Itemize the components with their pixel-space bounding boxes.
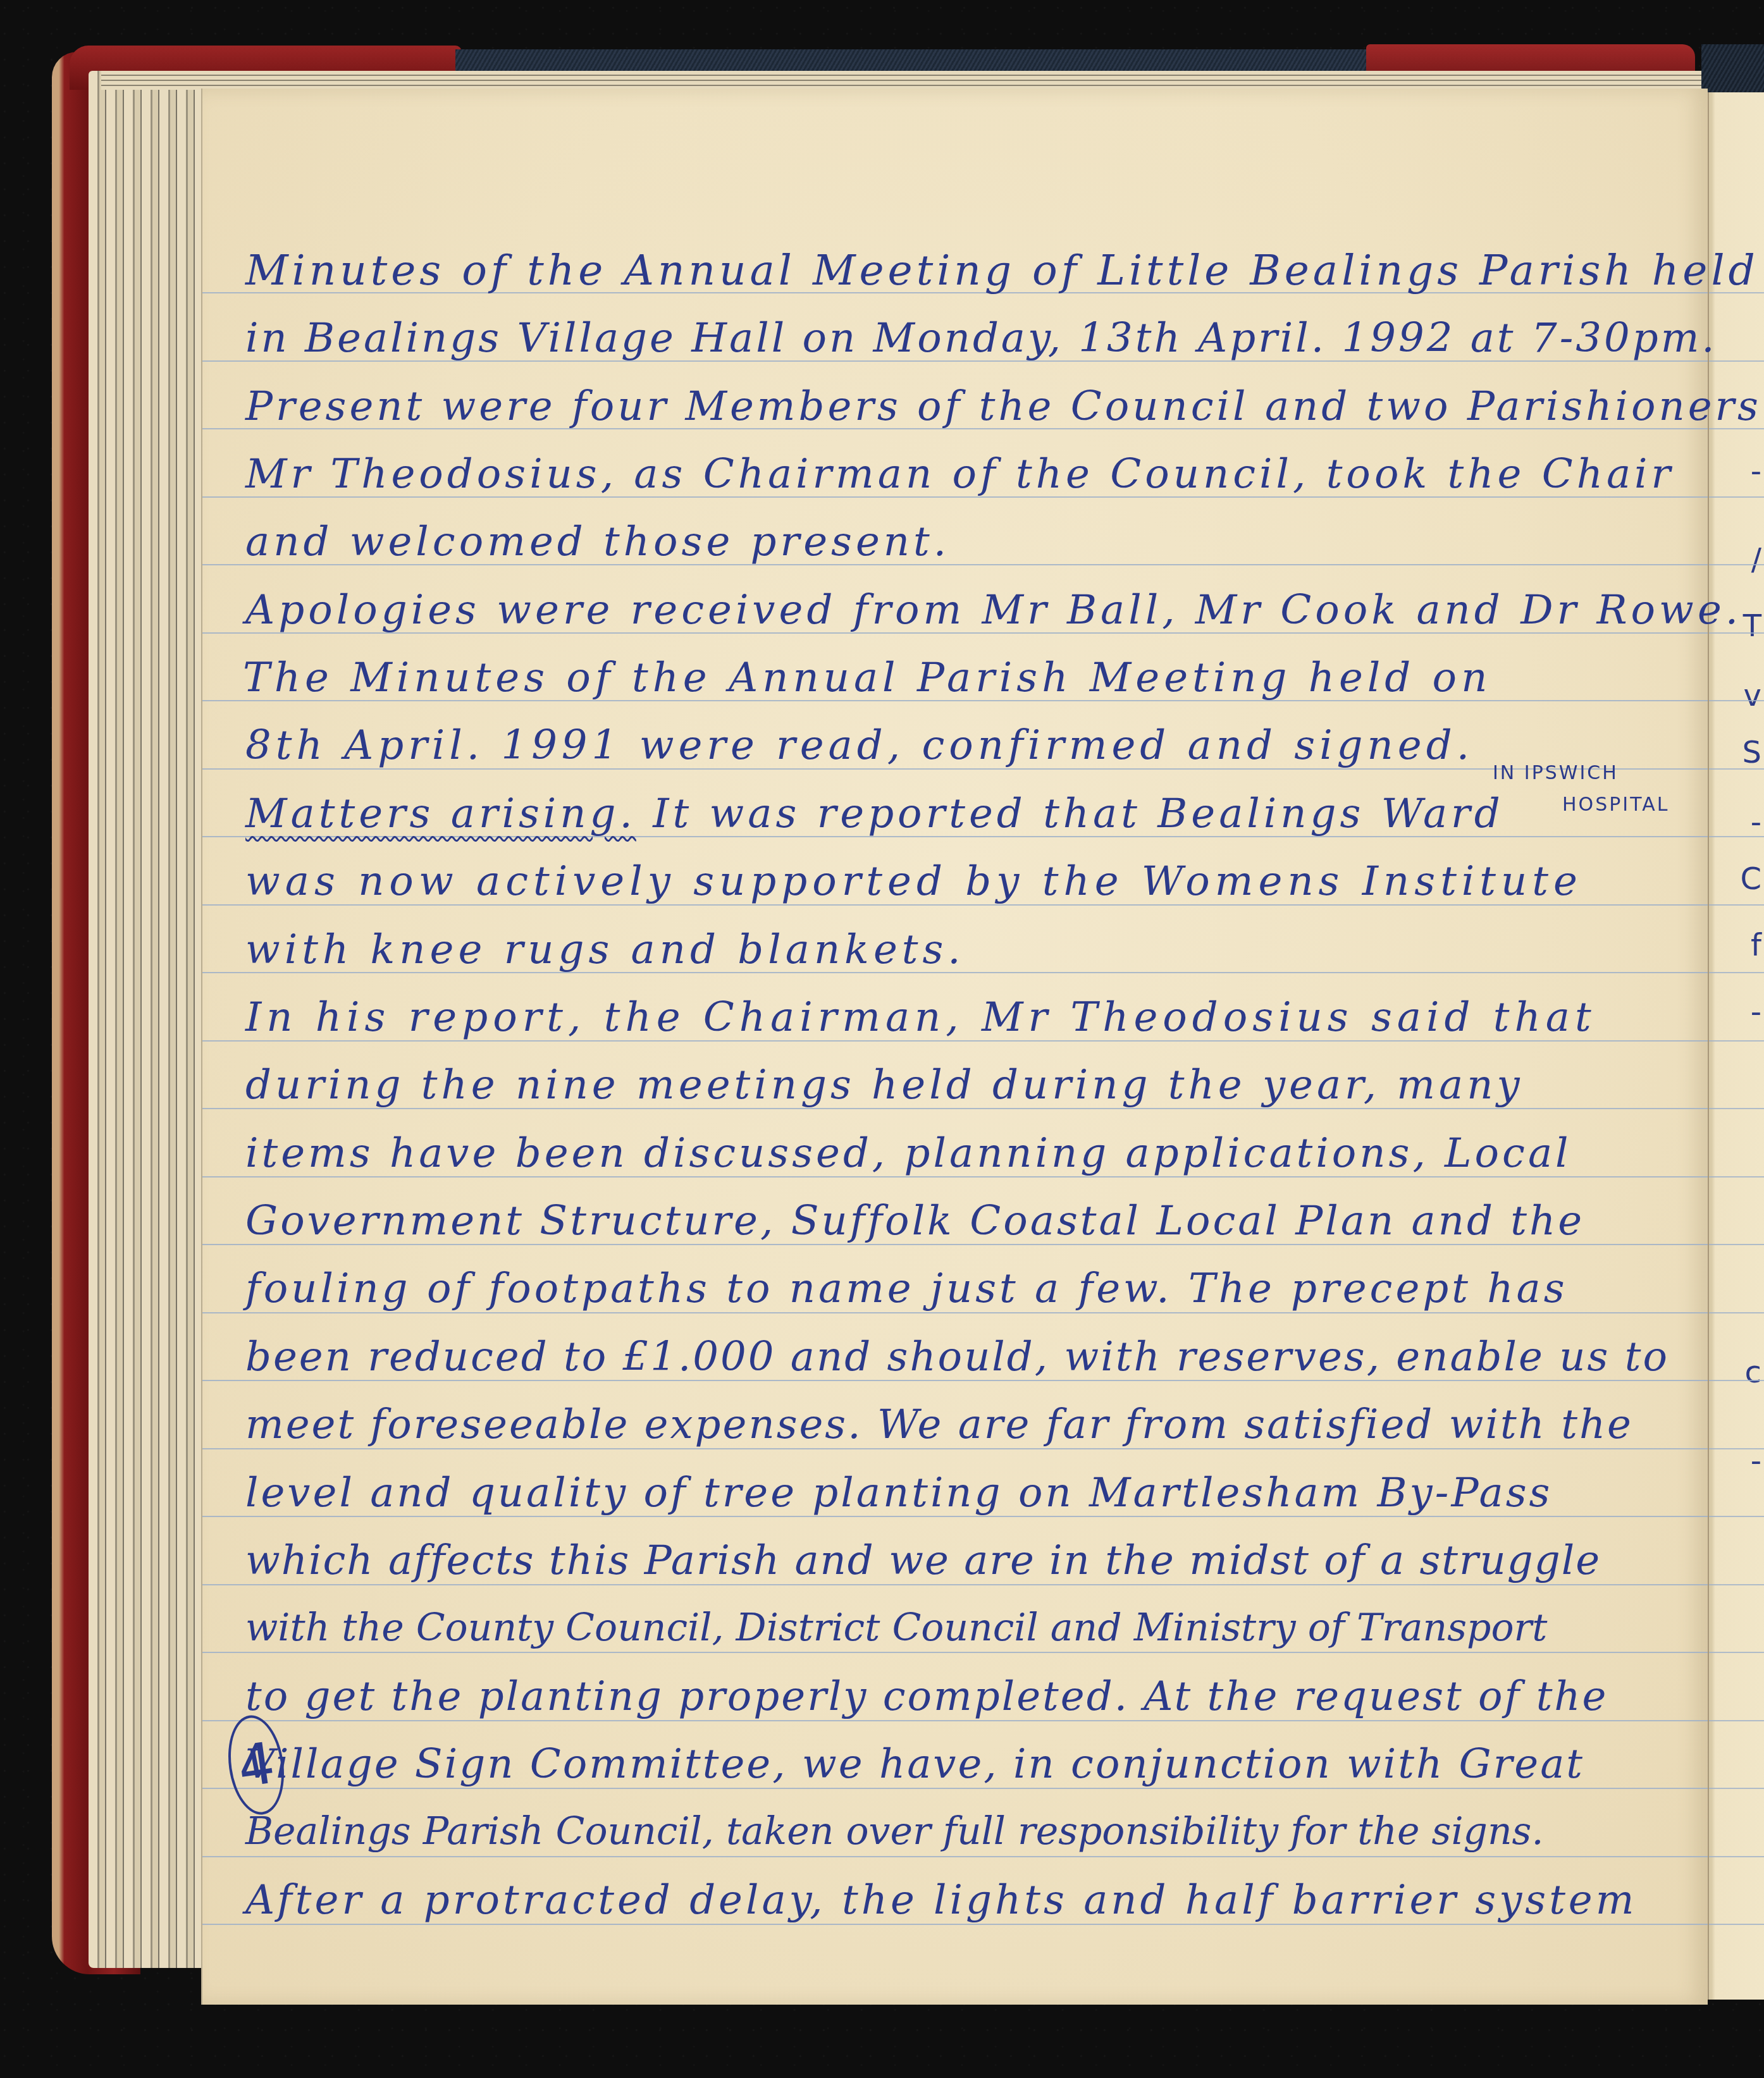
facing-ink-fragment: v [1744, 680, 1761, 711]
minutes-heading: Minutes of the Annual Meeting of Little … [245, 250, 1759, 292]
ruled-line [1709, 564, 1764, 565]
handwritten-line: level and quality of tree planting on Ma… [245, 1473, 1552, 1513]
ruled-line [1709, 768, 1764, 770]
facing-ink-fragment: S [1742, 737, 1761, 768]
handwritten-line: with the County Council, District Counci… [245, 1609, 1547, 1647]
ruled-line [1709, 1924, 1764, 1925]
facing-ink-fragment: c [1745, 1357, 1761, 1387]
ruled-line [1709, 1516, 1764, 1517]
handwritten-line: Mr Theodosius, as Chairman of the Counci… [245, 454, 1674, 495]
blue-cloth-binding-right [1701, 44, 1764, 95]
facing-ink-fragment: / [1751, 544, 1761, 575]
facing-page-sliver: - / T v S - C f - c - [1708, 92, 1764, 2000]
handwritten-line: been reduced to £1.000 and should, with … [245, 1337, 1669, 1377]
handwritten-line: which affects this Parish and we are in … [245, 1540, 1601, 1581]
ruled-line [202, 1924, 1708, 1925]
handwritten-line: In his report, the Chairman, Mr Theodosi… [245, 997, 1596, 1038]
handwritten-line: meet foreseeable expenses. We are far fr… [245, 1405, 1633, 1445]
handwritten-line: Present were four Members of the Council… [245, 386, 1761, 427]
ruled-line [1709, 496, 1764, 498]
handwritten-line: 8th April. 1991 were read, confirmed and… [245, 725, 1474, 766]
matters-arising-text: It was reported that Bealings Ward [636, 790, 1504, 837]
handwritten-line: during the nine meetings held during the… [245, 1065, 1524, 1105]
ruled-line [1709, 1856, 1764, 1857]
handwritten-line: The Minutes of the Annual Parish Meeting… [243, 658, 1491, 698]
matters-arising-heading: Matters arising. [245, 790, 636, 837]
ruled-line [1709, 904, 1764, 906]
margin-annotation-hospital: HOSPITAL [1562, 794, 1669, 816]
handwritten-line: Village Sign Committee, we have, in conj… [245, 1744, 1584, 1785]
handwritten-line: fouling of footpaths to name just a few.… [245, 1269, 1568, 1309]
facing-ink-fragment: f [1751, 930, 1761, 961]
handwritten-line: to get the planting properly completed. … [245, 1676, 1608, 1717]
page-stack-top-edges [101, 71, 1701, 90]
ruled-line [202, 1856, 1708, 1857]
ruled-line [1709, 700, 1764, 701]
ruled-line [202, 1788, 1708, 1789]
ruled-line [1709, 1652, 1764, 1653]
handwritten-line: and welcomed those present. [245, 522, 950, 562]
ruled-line [1709, 1380, 1764, 1381]
handwritten-line: was now actively supported by the Womens… [245, 861, 1582, 902]
facing-ink-fragment: - [1751, 997, 1761, 1027]
facing-ink-fragment: - [1751, 456, 1761, 486]
handwritten-line: Apologies were received from Mr Ball, Mr… [245, 590, 1742, 630]
handwritten-line: with knee rugs and blankets. [245, 930, 965, 970]
ruled-line [1709, 1448, 1764, 1449]
ruled-line [1709, 1176, 1764, 1177]
handwritten-line: Matters arising. It was reported that Be… [245, 794, 1504, 834]
ruled-line [1709, 1244, 1764, 1245]
handwritten-line: items have been discussed, planning appl… [245, 1133, 1572, 1174]
ruled-line [1709, 836, 1764, 837]
ruled-line [202, 1652, 1708, 1653]
page-stack-edges [89, 71, 215, 1968]
ruled-line [1709, 972, 1764, 973]
handwritten-line: After a protracted delay, the lights and… [245, 1880, 1637, 1921]
handwritten-line: Bealings Parish Council, taken over full… [245, 1812, 1543, 1850]
facing-ink-fragment: - [1751, 1446, 1761, 1476]
handwritten-line: Government Structure, Suffolk Coastal Lo… [245, 1201, 1584, 1241]
ruled-line [1709, 1312, 1764, 1313]
ruled-line [1709, 1584, 1764, 1585]
ruled-line [1709, 1040, 1764, 1042]
facing-ink-fragment: C [1740, 864, 1761, 894]
ruled-line [1709, 360, 1764, 362]
facing-ink-fragment: - [1751, 807, 1761, 837]
ruled-line [1709, 1720, 1764, 1721]
facing-ink-fragment: T [1743, 611, 1761, 641]
handwritten-line: in Bealings Village Hall on Monday, 13th… [245, 318, 1717, 359]
ruled-line [1709, 1108, 1764, 1109]
ruled-line [1709, 1788, 1764, 1789]
margin-annotation-in-ipswich: IN IPSWICH [1493, 762, 1619, 784]
